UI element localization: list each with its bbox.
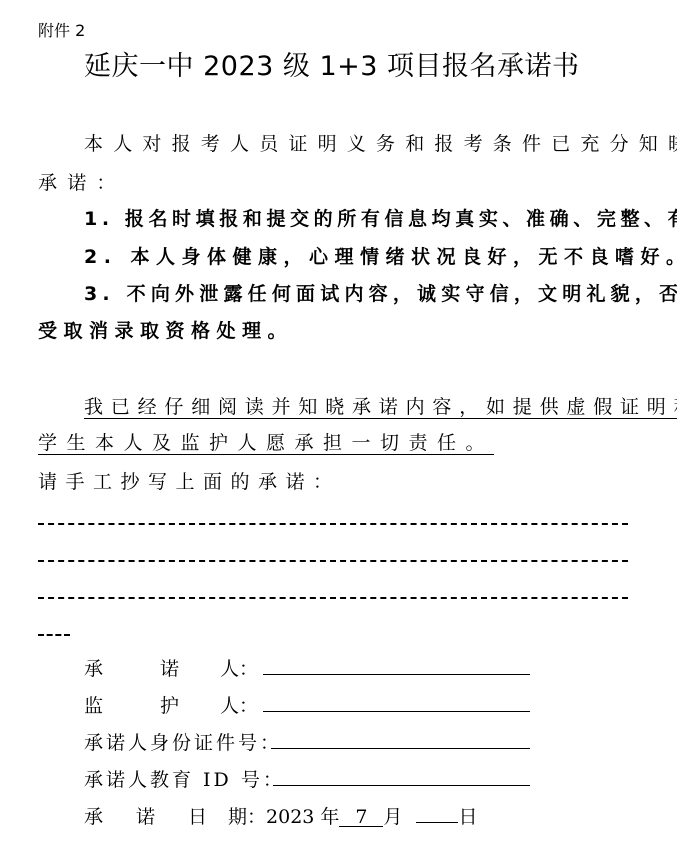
date-year: 2023 年 [266,806,339,828]
date-month-unit: 月 [383,806,402,828]
date-row: 承诺日期：2023 年7月日 [84,802,477,829]
intro-line-2: 承诺： [38,168,126,195]
guardian-char-2: 护 [160,691,220,718]
commitment-2: 2. 本人身体健康，心理情绪状况良好，无不良嗜好。 [84,242,677,269]
promisor-char-3: 人： [220,658,258,680]
date-day-unit: 日 [458,806,477,828]
id-number-label: 承诺人身份证件号： [84,728,282,755]
page-title: 延庆一中 2023 级 1+3 项目报名承诺书 [84,44,580,83]
handwriting-line-1[interactable] [38,523,628,525]
id-number-field[interactable] [271,748,530,749]
promisor-signature-field[interactable] [263,674,530,675]
promisor-char-1: 承 [84,654,160,681]
handwriting-line-2[interactable] [38,560,628,562]
date-char-4: 期： [228,806,266,828]
declaration-line-1: 我已经仔细阅读并知晓承诺内容，如提供虚假证明和信息， [84,392,677,419]
guardian-char-1: 监 [84,691,160,718]
copy-prompt: 请手工抄写上面的承诺： [38,467,341,494]
date-char-1: 承 [84,802,136,829]
guardian-label: 监护人： [84,691,258,718]
date-char-3: 日 [188,802,228,829]
declaration-line-2: 学生本人及监护人愿承担一切责任。 [38,428,494,455]
date-day-field[interactable] [416,804,458,823]
education-id-field[interactable] [273,785,530,786]
promisor-char-2: 诺 [160,654,220,681]
commitment-3-line-1: 3. 不向外泄露任何面试内容，诚实守信，文明礼貌，否则接 [84,279,677,306]
intro-line-1: 本人对报考人员证明义务和报考条件已充分知晓，在此郑重 [84,129,677,156]
handwriting-line-trailing [38,634,70,636]
handwriting-line-3[interactable] [38,597,628,599]
date-char-2: 诺 [136,802,188,829]
education-id-label: 承诺人教育 ID 号： [84,765,285,792]
commitment-3-line-2: 受取消录取资格处理。 [38,316,293,343]
promisor-label: 承诺人： [84,654,258,681]
attachment-label: 附件 2 [38,18,85,41]
guardian-char-3: 人： [220,695,258,717]
guardian-signature-field[interactable] [263,711,530,712]
commitment-1: 1. 报名时填报和提交的所有信息均真实、准确、完整、有效。 [84,204,677,231]
date-month-field[interactable]: 7 [339,808,383,827]
